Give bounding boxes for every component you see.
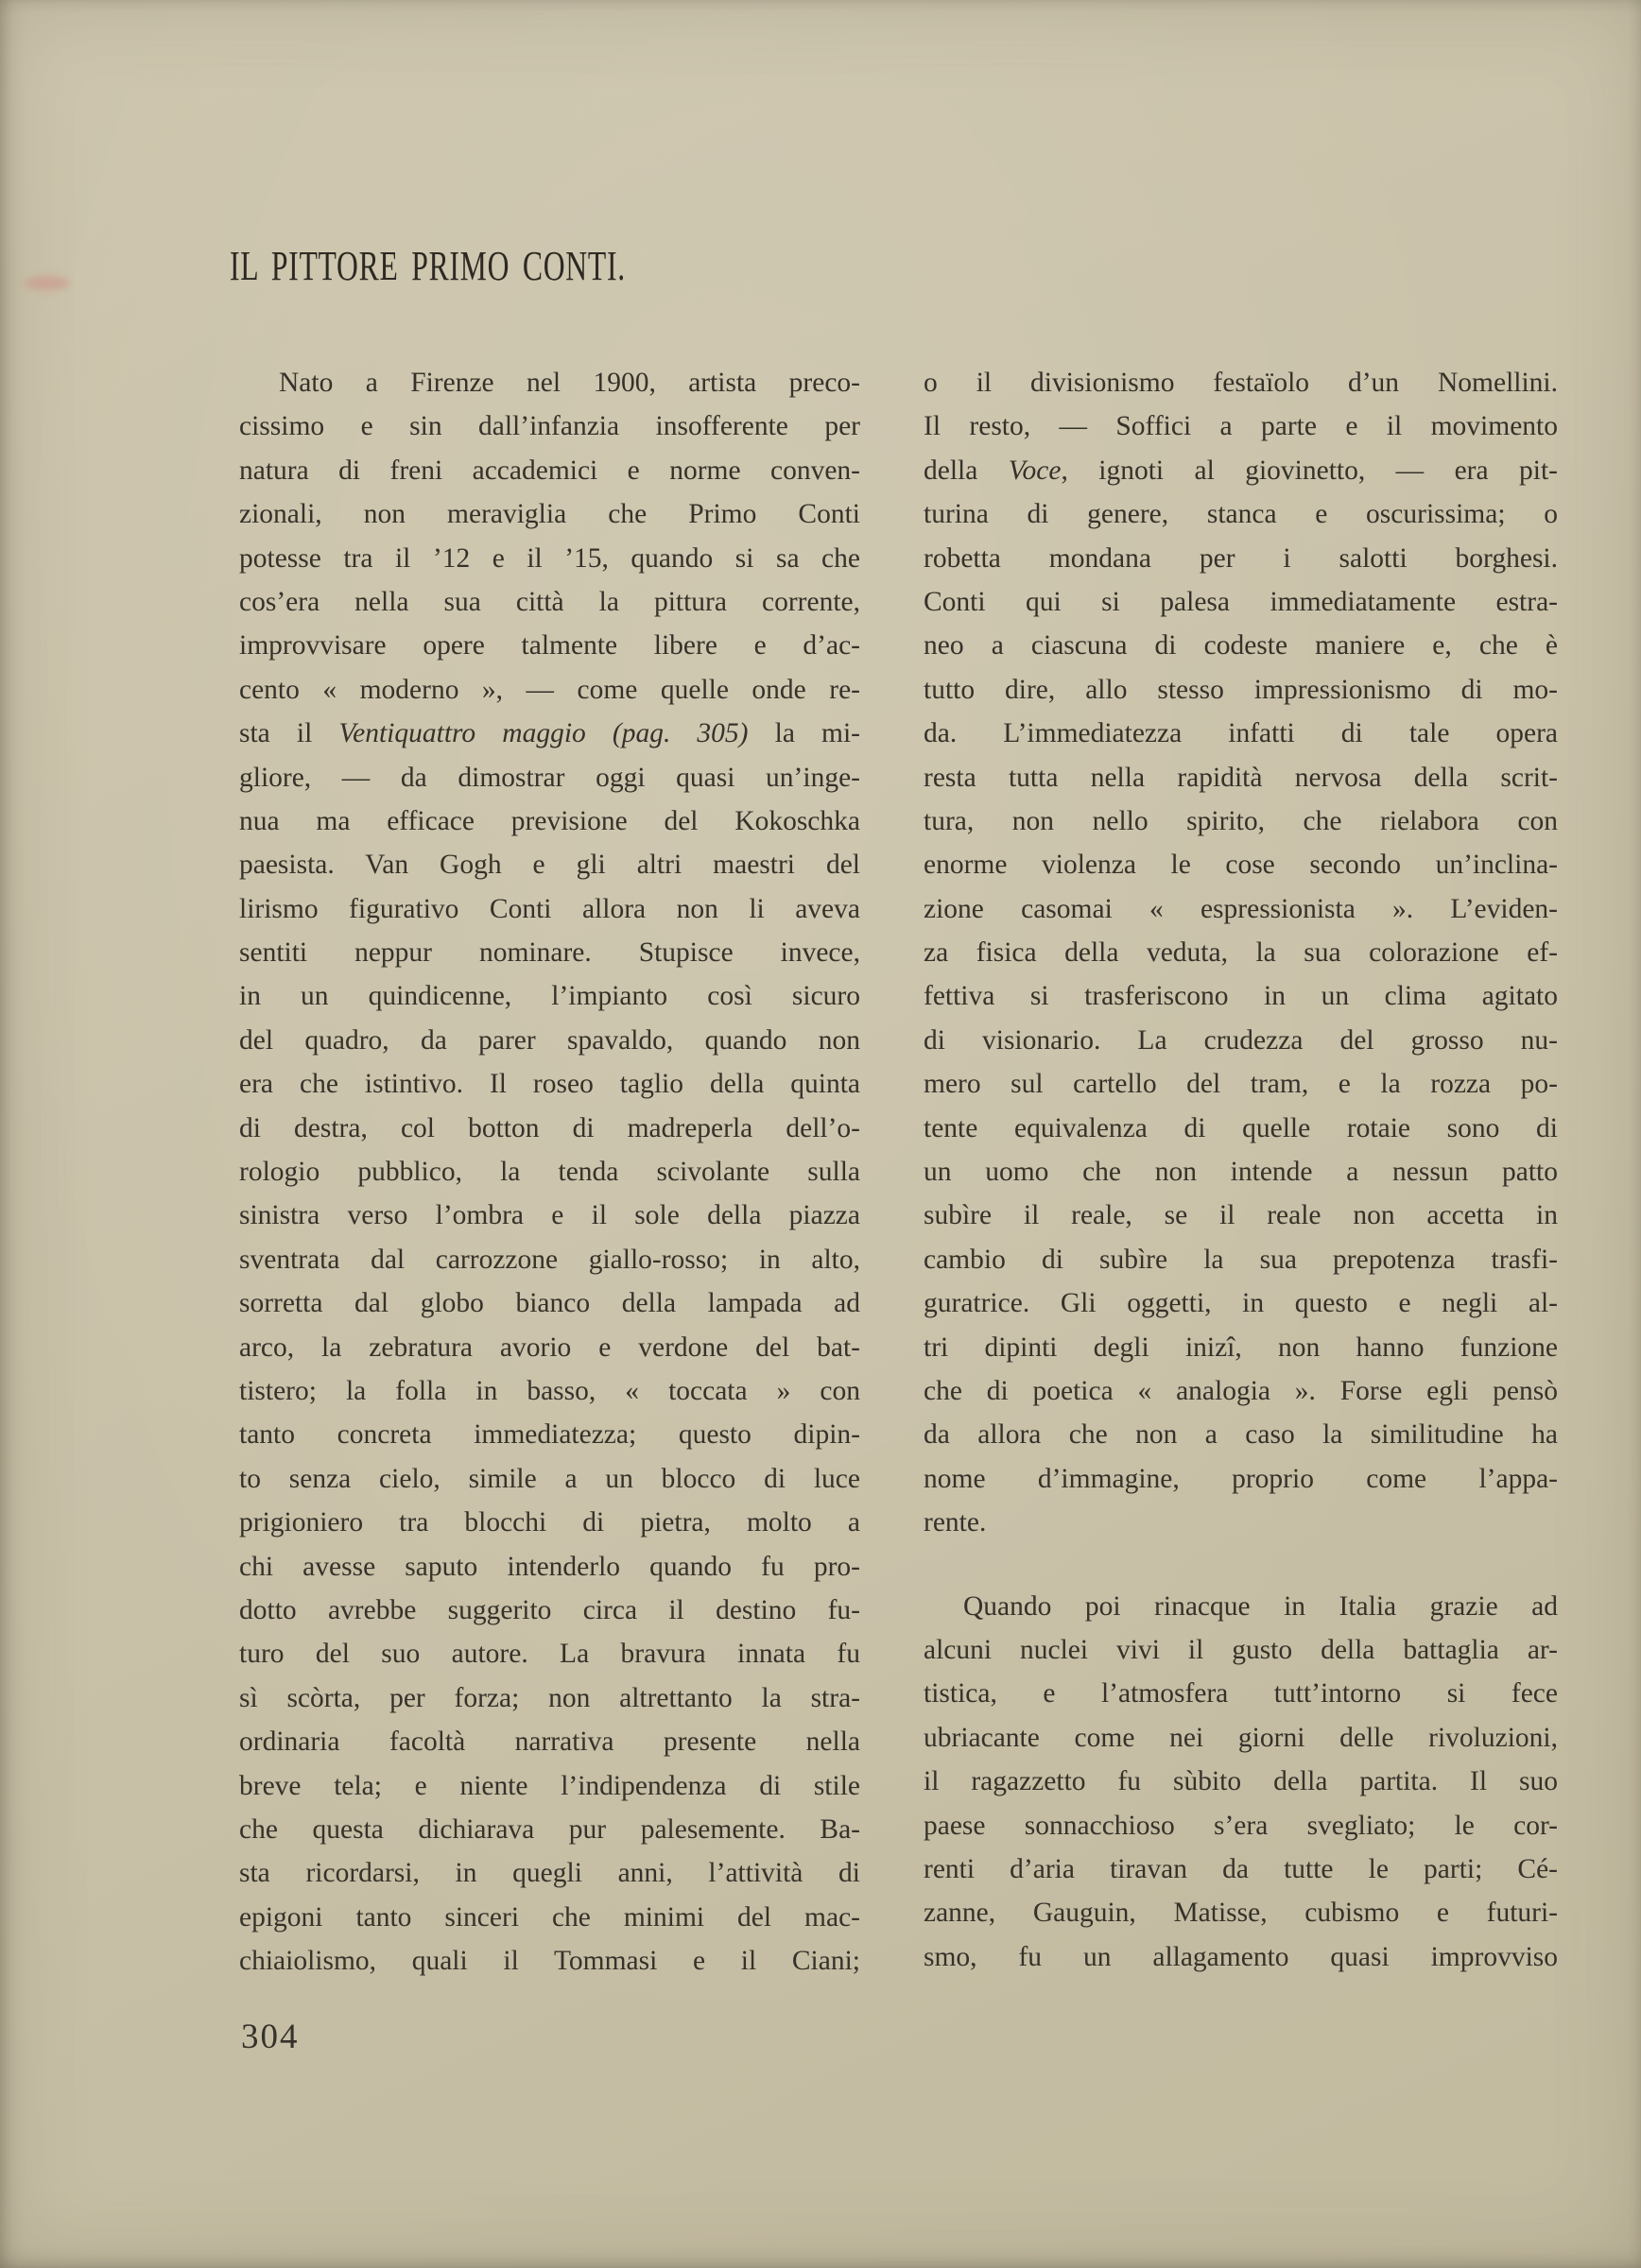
text-line: breve tela; e niente l’indipendenza di s… [239, 1764, 860, 1808]
text-line: di destra, col botton di madreperla dell… [239, 1107, 860, 1150]
text-line: natura di freni accademici e norme conve… [239, 449, 860, 492]
text-line: Quando poi rinacque in Italia grazie ad [924, 1585, 1558, 1628]
scan-smudge [25, 276, 70, 290]
text-line: nua ma efficace previsione del Kokoschka [239, 799, 860, 843]
text-line: che questa dichiarava pur palesemente. B… [239, 1808, 860, 1851]
text-line: Il resto, — Soffici a parte e il movimen… [924, 404, 1558, 448]
page-title: IL PITTORE PRIMO CONTI. [230, 242, 626, 290]
text-line: tente equivalenza di quelle rotaie sono … [924, 1107, 1558, 1150]
text-line: prigioniero tra blocchi di pietra, molto… [239, 1501, 860, 1544]
text-column-left: Nato a Firenze nel 1900, artista preco-c… [239, 361, 860, 1983]
text-line: robetta mondana per i salotti borghesi. [924, 537, 1558, 580]
page-number: 304 [241, 2017, 300, 2057]
text-line: ubriacante come nei giorni delle rivoluz… [924, 1716, 1558, 1760]
text-line: tanto concreta immediatezza; questo dipi… [239, 1413, 860, 1456]
text-line: chiaiolismo, quali il Tommasi e il Ciani… [239, 1939, 860, 1983]
text-line: chi avesse saputo intenderlo quando fu p… [239, 1545, 860, 1589]
text-line: zionali, non meraviglia che Primo Conti [239, 492, 860, 536]
text-line: turo del suo autore. La bravura innata f… [239, 1632, 860, 1675]
text-line: lirismo figurativo Conti allora non li a… [239, 887, 860, 931]
text-line: improvvisare opere talmente libere e d’a… [239, 624, 860, 667]
text-line: Conti qui si palesa immediatamente estra… [924, 580, 1558, 624]
text-line: renti d’aria tiravan da tutte le parti; … [924, 1847, 1558, 1891]
text-line: da allora che non a caso la similitudine… [924, 1413, 1558, 1456]
text-line: sinistra verso l’ombra e il sole della p… [239, 1194, 860, 1237]
text-line: di visionario. La crudezza del grosso nu… [924, 1019, 1558, 1062]
text-line: zione casomai « espressionista ». L’evid… [924, 887, 1558, 931]
text-line: tutto dire, allo stesso impressionismo d… [924, 668, 1558, 712]
text-line: che di poetica « analogia ». Forse egli … [924, 1369, 1558, 1413]
text-line: cento « moderno », — come quelle onde re… [239, 668, 860, 712]
text-line: dotto avrebbe suggerito circa il destino… [239, 1589, 860, 1632]
text-line: epigoni tanto sinceri che minimi del mac… [239, 1896, 860, 1939]
text-line: guratrice. Gli oggetti, in questo e negl… [924, 1281, 1558, 1325]
text-line: to senza cielo, simile a un blocco di lu… [239, 1457, 860, 1501]
text-line: tri dipinti degli inizî, non hanno funzi… [924, 1326, 1558, 1369]
text-line: sta ricordarsi, in quegli anni, l’attivi… [239, 1851, 860, 1895]
text-line: smo, fu un allagamento quasi improvviso [924, 1935, 1558, 1979]
text-line: il ragazzetto fu sùbito della partita. I… [924, 1760, 1558, 1803]
text-line: sorretta dal globo bianco della lampada … [239, 1281, 860, 1325]
text-line: nome d’immagine, proprio come l’appa- [924, 1457, 1558, 1501]
text-line: za fisica della veduta, la sua colorazio… [924, 931, 1558, 974]
text-line: un uomo che non intende a nessun patto [924, 1150, 1558, 1194]
text-line: paese sonnacchioso s’era svegliato; le c… [924, 1804, 1558, 1847]
text-line: potesse tra il ’12 e il ’15, quando si s… [239, 537, 860, 580]
text-line: mero sul cartello del tram, e la rozza p… [924, 1062, 1558, 1106]
text-line: paesista. Van Gogh e gli altri maestri d… [239, 843, 860, 886]
text-line: sventrata dal carrozzone giallo-rosso; i… [239, 1238, 860, 1281]
text-column-right: o il divisionismo festaïolo d’un Nomelli… [924, 361, 1558, 1979]
text-line: sentiti neppur nominare. Stupisce invece… [239, 931, 860, 974]
text-line: turina di genere, stanca e oscurissima; … [924, 492, 1558, 536]
text-line: del quadro, da parer spavaldo, quando no… [239, 1019, 860, 1062]
text-line: subìre il reale, se il reale non accetta… [924, 1194, 1558, 1237]
text-line: enorme violenza le cose secondo un’incli… [924, 843, 1558, 886]
text-line: fettiva si trasferiscono in un clima agi… [924, 974, 1558, 1018]
text-line: rologio pubblico, la tenda scivolante su… [239, 1150, 860, 1194]
text-line: era che istintivo. Il roseo taglio della… [239, 1062, 860, 1106]
text-line: rente. [924, 1501, 1558, 1544]
text-line: neo a ciascuna di codeste maniere e, che… [924, 624, 1558, 667]
text-line: resta tutta nella rapidità nervosa della… [924, 756, 1558, 799]
text-line: gliore, — da dimostrar oggi quasi un’ing… [239, 756, 860, 799]
text-line: arco, la zebratura avorio e verdone del … [239, 1326, 860, 1369]
text-line: ordinaria facoltà narrativa presente nel… [239, 1720, 860, 1763]
text-line: alcuni nuclei vivi il gusto della battag… [924, 1628, 1558, 1672]
text-line: sta il Ventiquattro maggio (pag. 305) la… [239, 712, 860, 755]
text-line: tistero; la folla in basso, « toccata » … [239, 1369, 860, 1413]
text-line: cos’era nella sua città la pittura corre… [239, 580, 860, 624]
text-line: cissimo e sin dall’infanzia insofferente… [239, 404, 860, 448]
text-line: della Voce, ignoti al giovinetto, — era … [924, 449, 1558, 492]
text-line: tistica, e l’atmosfera tutt’intorno si f… [924, 1672, 1558, 1715]
text-line: zanne, Gauguin, Matisse, cubismo e futur… [924, 1891, 1558, 1934]
text-line: Nato a Firenze nel 1900, artista preco- [239, 361, 860, 404]
text-line: o il divisionismo festaïolo d’un Nomelli… [924, 361, 1558, 404]
text-line: sì scòrta, per forza; non altrettanto la… [239, 1676, 860, 1720]
text-line: tura, non nello spirito, che rielabora c… [924, 799, 1558, 843]
text-line: in un quindicenne, l’impianto così sicur… [239, 974, 860, 1018]
text-line: cambio di subìre la sua prepotenza trasf… [924, 1238, 1558, 1281]
text-line: da. L’immediatezza infatti di tale opera [924, 712, 1558, 755]
book-page: IL PITTORE PRIMO CONTI. Nato a Firenze n… [0, 0, 1641, 2268]
